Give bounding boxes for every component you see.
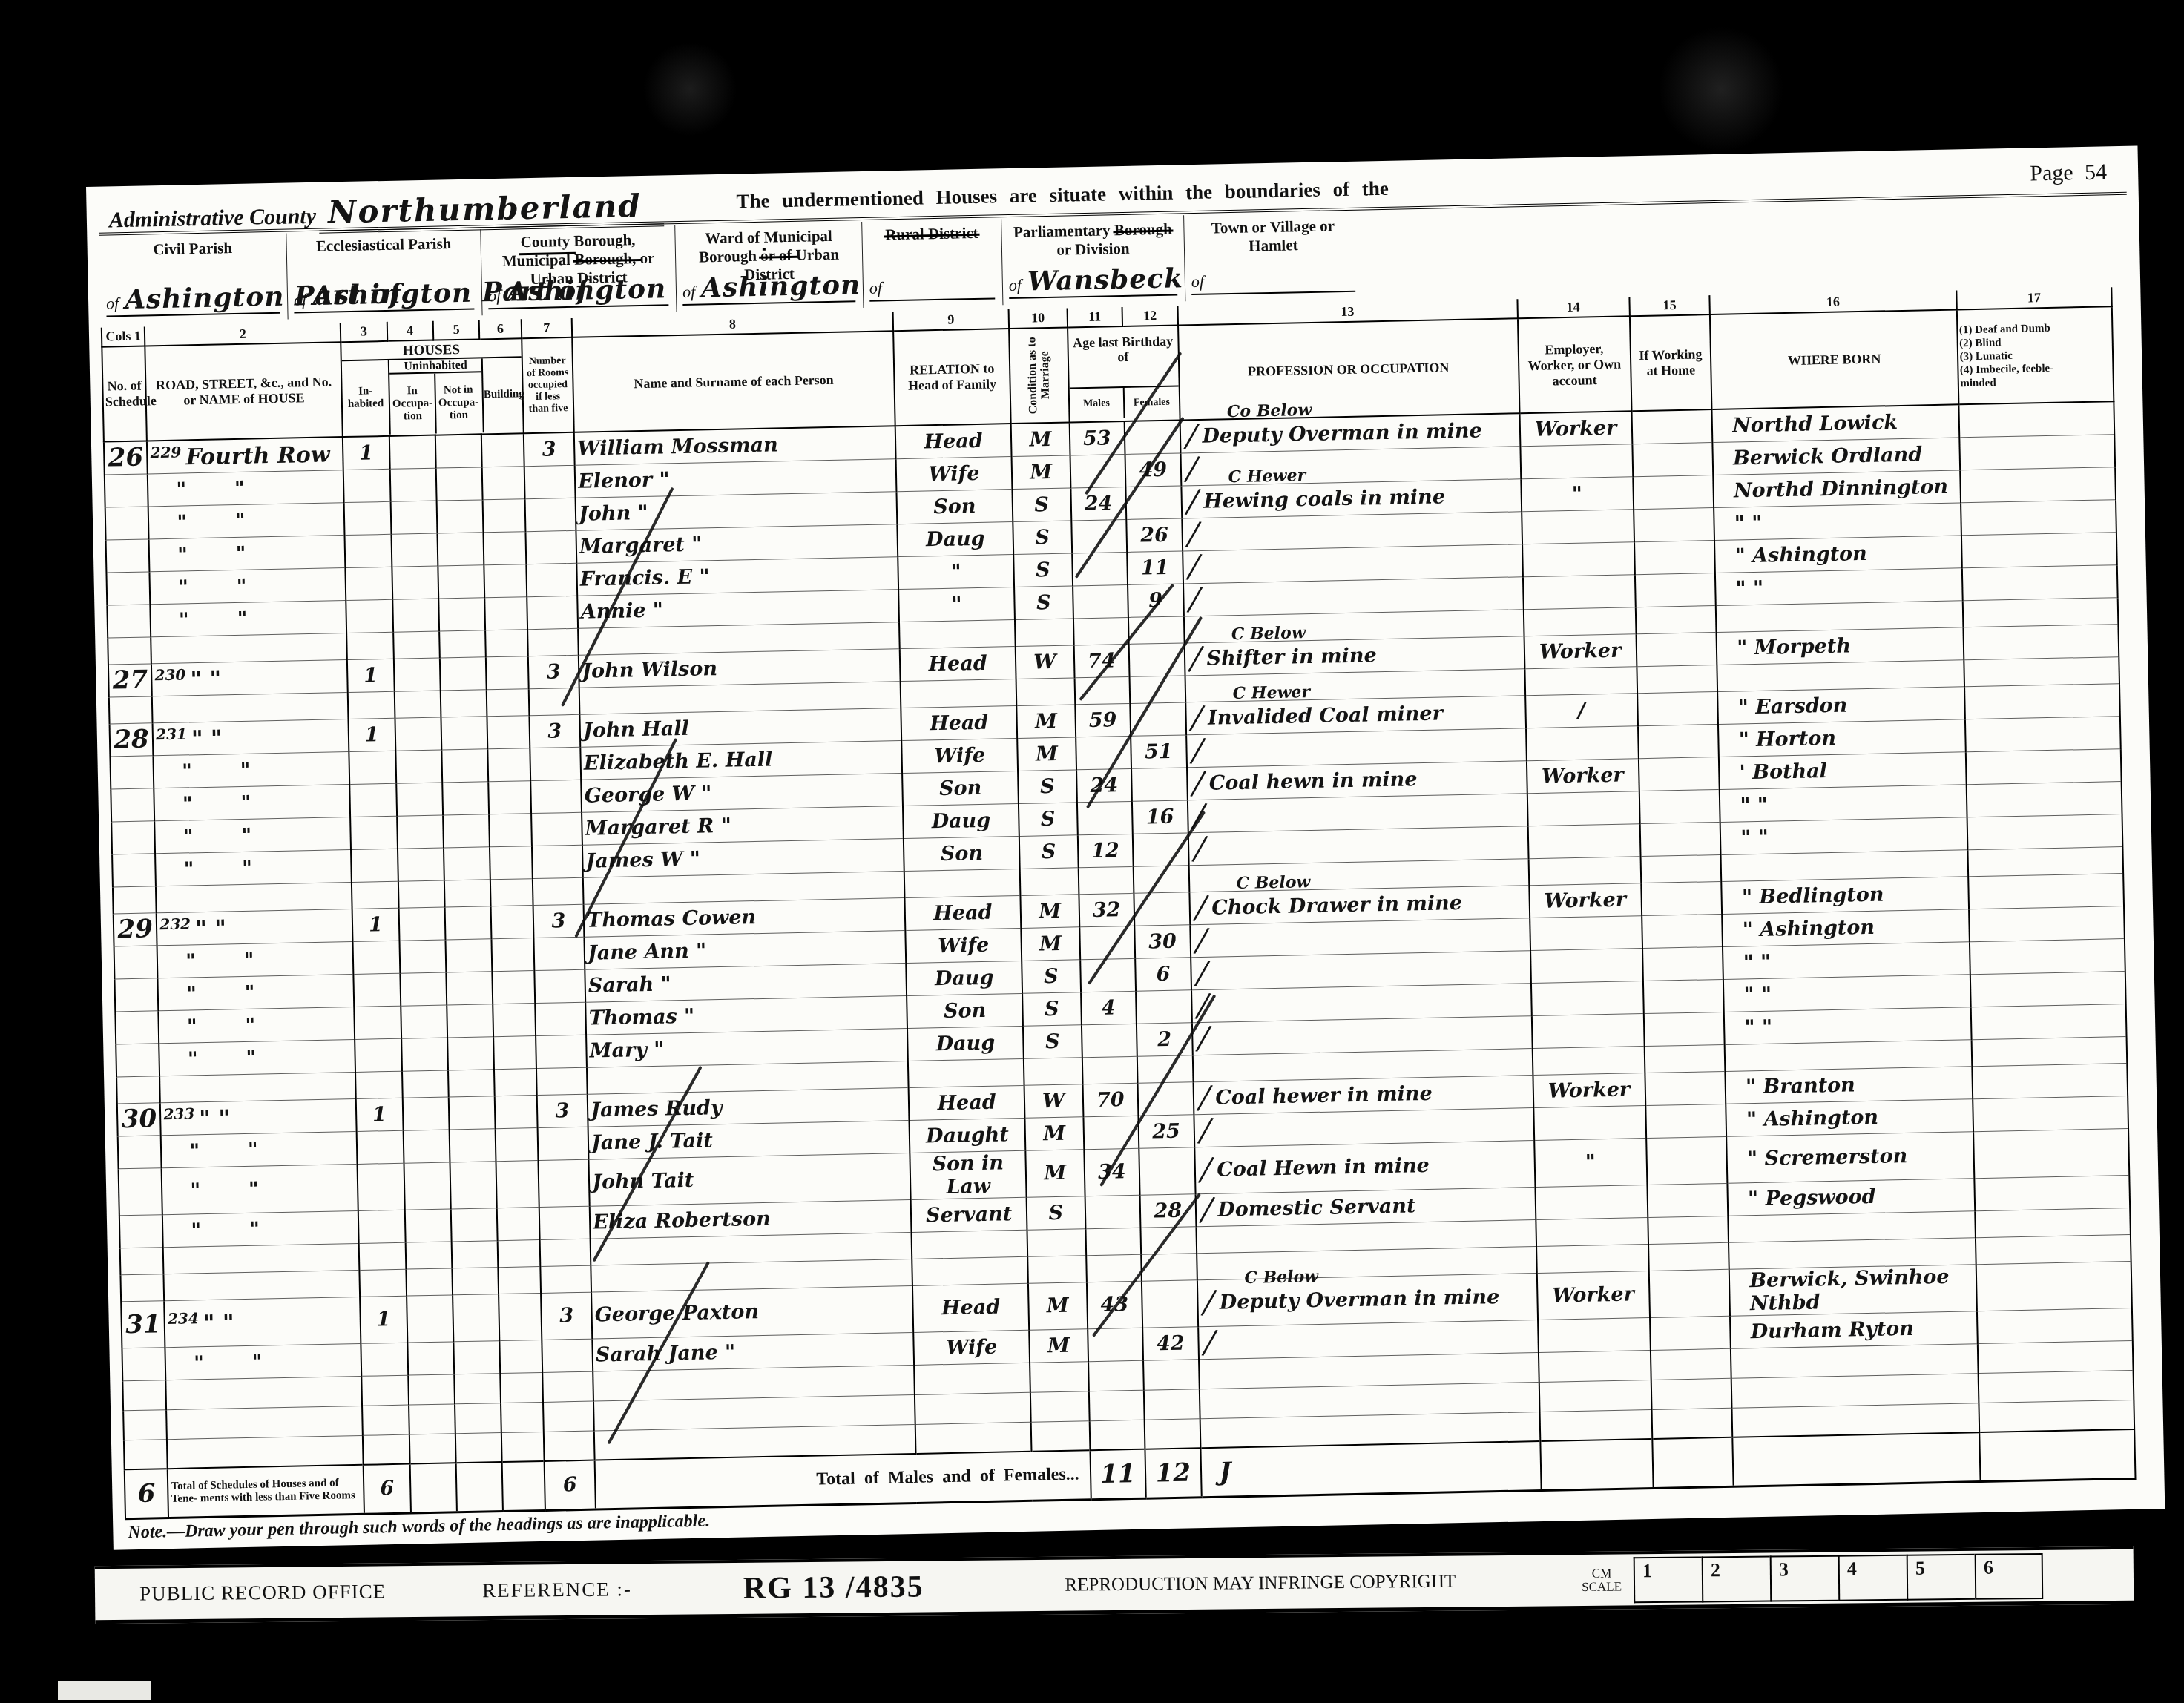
rooms-cell: [530, 780, 582, 813]
building-cell: [490, 846, 532, 879]
working-at-home-cell: [1638, 724, 1720, 758]
relation-cell: Servant: [911, 1197, 1027, 1232]
schedule-total-cell: 6: [125, 1469, 169, 1518]
district-value: ofAshington Part of: [106, 281, 280, 317]
road-cell: " ": [149, 535, 346, 571]
reference-number: RG 13 /4835: [743, 1569, 924, 1606]
inhabited-cell: 1: [352, 908, 399, 941]
empty-cell: [1651, 1408, 1732, 1439]
not-in-occupation-cell: [443, 814, 490, 847]
inhabited-cell: 1: [356, 1098, 403, 1131]
empty-cell: [1539, 1380, 1651, 1412]
schedule-number-cell: [118, 1135, 162, 1168]
inhabited-cell: 1: [347, 659, 394, 692]
empty-cell: [1524, 666, 1637, 695]
building-cell: [489, 813, 531, 846]
empty-cell: [1644, 1044, 1725, 1073]
empty-cell: [123, 1409, 167, 1440]
infirmity-cell: [1964, 716, 2120, 751]
road-ditto: " ": [158, 824, 273, 849]
ruler-segment: 4: [1838, 1554, 1907, 1601]
houses-subheaders: In-habitedUninhabitedIn Occupa-tionNot i…: [342, 358, 523, 435]
relation-cell: Head: [904, 895, 1021, 930]
where-born-cell: " Ashington: [1722, 909, 1969, 946]
empty-cell: [1733, 1432, 1980, 1486]
not-in-occupation-cell: [441, 748, 488, 782]
rooms-cell: [531, 812, 582, 846]
district-label-part: Ecclesiastical Parish: [316, 234, 452, 255]
empty-cell: [409, 1463, 457, 1512]
building-cell: [484, 564, 527, 597]
not-in-occupation-cell: [437, 532, 484, 565]
in-occupation-cell: [390, 501, 437, 534]
working-at-home-cell: [1639, 822, 1721, 856]
district-label-part: Borough,: [574, 249, 640, 269]
empty-cell: [394, 691, 441, 718]
working-at-home-cell: [1638, 757, 1720, 791]
house-number: 230: [154, 665, 185, 684]
empty-cell: [501, 1432, 544, 1462]
column-number-cell: 14: [1517, 297, 1629, 318]
inhabited-cell: [343, 469, 390, 502]
males-females-label-cell: Total of Males and of Females...: [595, 1450, 1091, 1509]
in-occupation-cell: [395, 750, 442, 783]
empty-cell: [1650, 1348, 1731, 1380]
age-females-cell: 28: [1140, 1193, 1196, 1227]
empty-cell: [542, 1371, 593, 1402]
check-slash: /: [1199, 1190, 1214, 1230]
empty-cell: [456, 1462, 504, 1512]
totals-label-cell: Total of Schedules of Houses and of Tene…: [168, 1465, 364, 1518]
relation-cell: Daught: [910, 1118, 1026, 1153]
schedule-number-cell: 30: [117, 1102, 161, 1136]
uninhabited-group-header: UninhabitedIn Occupa-tionNot in Occupa-t…: [388, 358, 484, 435]
column-number-cell: 15: [1629, 295, 1710, 316]
road-name: Fourth Row: [185, 441, 330, 470]
road-ditto: " ": [165, 1218, 280, 1242]
empty-cell: [452, 1267, 499, 1294]
occupation-content: /Coal hewer in mine: [1196, 1080, 1530, 1110]
rooms-cell: [535, 1002, 586, 1035]
employer-header: Employer, Worker, or Own account: [1518, 316, 1632, 413]
building-cell: [489, 780, 531, 814]
road-ditto: " ": [154, 607, 269, 632]
age-males-cell: 70: [1082, 1083, 1138, 1116]
road-ditto: " ": [162, 1014, 277, 1038]
empty-cell: [361, 1375, 408, 1406]
age-header-text: Age last Birthday of: [1068, 329, 1178, 388]
infirmity-cell: [1959, 434, 2115, 470]
road-cell: " ": [150, 567, 346, 604]
in-occupation-cell: [392, 599, 439, 632]
occupation-annotation: C Below: [1236, 872, 1310, 893]
employer-cell: [1531, 981, 1644, 1015]
column-number-cell: 6: [479, 319, 522, 339]
of-word: of: [106, 294, 119, 312]
where-born-cell: " ": [1720, 784, 1967, 822]
empty-cell: [1020, 867, 1079, 895]
occupation-content: C Below/Chock Drawer in mine: [1192, 890, 1527, 920]
employer-cell: [1526, 725, 1639, 760]
rooms-cell: [525, 530, 576, 564]
building-cell: [487, 715, 530, 748]
empty-cell: [1964, 656, 2119, 686]
age-males-cell: [1072, 552, 1128, 585]
occupation-content: /: [1194, 988, 1529, 1018]
schedule-number-cell: [116, 1043, 159, 1076]
district-box: Parliamentary Borough or Division ofWans…: [1001, 215, 1185, 305]
occupation-text: [1212, 929, 1213, 952]
empty-cell: [914, 1363, 1030, 1394]
district-box: Ecclesiastical Parish ofAshington Part o…: [286, 229, 481, 319]
occupation-text: Hewing coals in mine: [1203, 485, 1445, 513]
relation-cell: Wife: [896, 456, 1013, 491]
empty-cell: [1086, 1254, 1142, 1282]
employer-cell: [1530, 948, 1643, 983]
district-handwritten-value: [1209, 263, 1210, 294]
condition-cell: S: [1027, 1196, 1085, 1230]
relation-cell: Son: [907, 993, 1023, 1028]
occupation-cell: /Coal Hewn in mine: [1194, 1140, 1535, 1193]
empty-cell: [363, 1434, 409, 1465]
occupation-content: /: [1193, 923, 1527, 952]
relation-cell: Head: [901, 705, 1017, 740]
relation-cell: Son: [904, 836, 1020, 871]
empty-cell: [912, 1256, 1028, 1285]
road-ditto: " ": [157, 759, 272, 783]
empty-cell: [409, 1433, 455, 1463]
empty-cell: [1128, 616, 1184, 643]
district-label-part: Rural District: [885, 224, 978, 244]
age-males-cell: [1070, 454, 1125, 487]
condition-cell: M: [1029, 1328, 1088, 1363]
empty-cell: [1089, 1420, 1145, 1450]
occupation-content: C Hewer/Invalided Coal miner: [1188, 700, 1523, 730]
rooms-cell: [538, 1159, 590, 1207]
inhabited-header: In-habited: [342, 360, 389, 435]
inhabited-cell: [358, 1163, 405, 1210]
empty-cell: [1978, 1370, 2134, 1403]
check-slash: /: [1198, 1150, 1214, 1190]
employer-cell: Worker: [1524, 633, 1637, 668]
schedule-number-cell: [112, 853, 156, 886]
employer-cell: [1527, 823, 1640, 858]
condition-cell: M: [1016, 704, 1075, 738]
inhabited-cell: [350, 816, 397, 849]
employer-cell: [1522, 509, 1634, 544]
empty-cell: [156, 882, 352, 912]
relation-cell: Head: [912, 1283, 1029, 1332]
not-in-occupation-cell: [451, 1208, 498, 1241]
age-males-cell: [1080, 958, 1136, 992]
occupation-content: /: [1189, 733, 1524, 762]
condition-cell: S: [1012, 487, 1070, 521]
employer-cell: Worker: [1529, 883, 1642, 918]
occupation-text: Deputy Overman in mine: [1220, 1285, 1500, 1314]
district-value: of: [869, 266, 995, 301]
house-number: 233: [163, 1104, 194, 1123]
schedule-number-cell: [106, 538, 150, 572]
age-males-cell: 59: [1075, 703, 1131, 737]
road-name: " ": [190, 666, 221, 693]
not-in-occupation-cell: [447, 1036, 494, 1070]
empty-cell: [1539, 1409, 1652, 1441]
empty-cell: [1134, 865, 1189, 892]
empty-cell: [528, 688, 579, 715]
empty-cell: [1731, 1373, 1979, 1408]
not-in-occupation-cell: [453, 1340, 500, 1374]
scale-label: SCALE: [1582, 1579, 1622, 1594]
empty-cell: [1962, 597, 2118, 627]
condition-cell: M: [1012, 455, 1070, 489]
working-at-home-cell: [1642, 946, 1724, 981]
empty-cell: [116, 1076, 160, 1103]
district-value: ofAshington: [682, 269, 855, 306]
relation-cell: Daug: [906, 961, 1022, 995]
where-born-cell: ' Bothal: [1719, 751, 1966, 789]
empty-cell: [1141, 1226, 1197, 1254]
empty-cell: [1979, 1429, 2136, 1481]
district-box: Town or Village or Hamlet of: [1183, 212, 1363, 302]
occupation-annotation: Co Below: [1227, 401, 1312, 421]
in-occupation-header: In Occupa-tion: [389, 373, 435, 434]
where-born-cell: " Bedlington: [1722, 876, 1969, 914]
working-at-home-cell: [1639, 789, 1720, 823]
condition-cell: M: [1017, 737, 1076, 771]
age-males-cell: 4: [1081, 991, 1137, 1024]
inhabited-cell: 1: [343, 436, 389, 470]
empty-cell: [1967, 846, 2123, 876]
road-cell: " ": [148, 470, 344, 506]
infirmity-cell: [1961, 564, 2117, 600]
inhabited-cell: [345, 567, 392, 600]
empty-cell: [352, 881, 398, 909]
road-ditto: " ": [160, 949, 275, 973]
empty-cell: [536, 1067, 588, 1095]
in-occupation-cell: [401, 1004, 447, 1038]
occupation-annotation: C Below: [1231, 623, 1306, 644]
road-cell: 231" ": [153, 719, 349, 755]
road-ditto: " ": [151, 477, 266, 501]
where-born-cell: " Scremerston: [1726, 1131, 1973, 1183]
road-ditto: " ": [161, 981, 276, 1006]
district-handwritten-value: [888, 269, 889, 300]
not-in-occupation-cell: [450, 1128, 496, 1162]
rooms-cell: 3: [528, 655, 579, 688]
age-males-cell: 43: [1086, 1281, 1142, 1328]
of-word: of: [294, 290, 307, 309]
district-handwritten-value: Wansbeck: [1027, 263, 1184, 297]
road-ditto: " ": [151, 510, 266, 534]
in-occupation-cell: [401, 1037, 448, 1070]
occupation-content: /: [1195, 1021, 1530, 1050]
building-cell: [500, 1340, 542, 1373]
empty-cell: [1536, 1244, 1649, 1273]
empty-cell: [109, 696, 153, 723]
infirmity-cell: [1963, 624, 2119, 659]
employer-cell: Worker: [1536, 1271, 1649, 1320]
condition-cell: M: [1020, 894, 1079, 928]
where-born-cell: " Branton: [1726, 1066, 1973, 1104]
building-cell: [491, 905, 533, 938]
house-number: 232: [159, 915, 191, 933]
empty-cell: [120, 1274, 164, 1301]
occupation-text: Coal Hewn in mine: [1217, 1154, 1430, 1182]
empty-cell: [408, 1374, 455, 1404]
building-cell: [483, 498, 525, 532]
empty-cell: [1088, 1360, 1144, 1391]
empty-cell: [448, 1069, 495, 1096]
age-males-cell: [1079, 926, 1135, 959]
empty-cell: [1640, 854, 1721, 883]
rooms-cell: [536, 1035, 587, 1068]
inhabited-cell: [353, 973, 400, 1007]
age-females-cell: [1125, 485, 1181, 518]
schedule-number-cell: [105, 506, 149, 539]
schedule-number-cell: [114, 945, 158, 978]
age-females-cell: 2: [1137, 1022, 1192, 1055]
age-males-cell: 74: [1073, 644, 1129, 677]
empty-cell: [108, 636, 151, 664]
not-in-occupation-cell: [447, 1004, 493, 1037]
age-males-cell: 53: [1069, 421, 1125, 455]
not-in-occupation-header: Not in Occupa-tion: [434, 372, 481, 433]
age-group-header: Age last Birthday ofMalesFemales: [1068, 326, 1180, 423]
working-at-home-cell: [1642, 979, 1724, 1013]
age-females-cell: 26: [1126, 518, 1182, 551]
house-number: 234: [168, 1309, 199, 1328]
schedule-number-cell: 31: [121, 1300, 165, 1348]
age-males-cell: 32: [1079, 893, 1134, 926]
relation-cell: Head: [895, 424, 1012, 458]
empty-cell: [1027, 1228, 1086, 1256]
condition-cell: W: [1024, 1084, 1083, 1118]
age-females-cell: 49: [1125, 452, 1181, 486]
in-occupation-cell: [398, 848, 444, 881]
column-number-cell: 7: [521, 318, 572, 338]
inhabited-cell: 1: [360, 1296, 407, 1343]
empty-cell: [1539, 1350, 1651, 1382]
in-occupation-cell: [399, 939, 446, 972]
occupation-content: /: [1194, 955, 1528, 985]
age-females-cell: 25: [1138, 1114, 1194, 1147]
empty-cell: [452, 1240, 499, 1268]
condition-cell: S: [1013, 553, 1072, 587]
age-females-cell: [1138, 1081, 1194, 1115]
empty-cell: [362, 1405, 409, 1435]
occupation-content: C Below/Shifter in mine: [1187, 641, 1522, 671]
road-cell: " ": [158, 974, 355, 1010]
road-cell: 233" ": [160, 1098, 357, 1135]
building-cell: [485, 596, 527, 630]
occupation-text: Invalided Coal miner: [1208, 702, 1443, 729]
empty-cell: [915, 1422, 1032, 1454]
column-number-cell: 11: [1067, 307, 1122, 327]
infirmity-cell: [1964, 683, 2120, 719]
of-word: of: [682, 283, 696, 301]
working-at-home-cell: [1633, 475, 1714, 509]
empty-cell: [502, 1461, 545, 1511]
infirmity-cell: [1972, 1063, 2128, 1098]
condition-cell: M: [1025, 1149, 1085, 1197]
inhabited-cell: [345, 534, 392, 567]
where-born-cell: " Horton: [1718, 719, 1965, 757]
empty-cell: [163, 1243, 359, 1274]
age-females-cell: 42: [1142, 1326, 1198, 1360]
occupation-content: /Coal hewn in mine: [1190, 765, 1524, 795]
occupation-content: /: [1185, 516, 1519, 546]
empty-cell: [1082, 1056, 1137, 1084]
record-office-label: PUBLIC RECORD OFFICE: [139, 1580, 386, 1605]
empty-cell: [441, 689, 487, 717]
occupation-text: [1204, 522, 1205, 545]
relation-cell: Wife: [901, 738, 1018, 773]
ruler-segment: 3: [1770, 1555, 1839, 1601]
employer-cell: [1522, 541, 1635, 576]
infirmity-cell: [1970, 1004, 2126, 1039]
in-occupation-cell: [395, 717, 441, 751]
table-body: 26229Fourth Row13William MossmanHeadM53C…: [104, 401, 2136, 1518]
rooms-cell: [524, 465, 575, 498]
empty-cell: [1085, 1228, 1141, 1255]
ruler-segment: 5: [1907, 1553, 1976, 1600]
building-cell: [493, 1003, 536, 1036]
empty-cell: [1971, 1036, 2127, 1066]
empty-cell: [1137, 1055, 1193, 1082]
road-cell: 229Fourth Row: [147, 437, 343, 473]
building-cell: [486, 656, 528, 689]
district-label-part: Borough: [1114, 220, 1172, 240]
schedule-number-cell: [115, 1010, 159, 1044]
ruler-segment: 1: [1634, 1556, 1703, 1603]
empty-cell: [540, 1265, 591, 1293]
empty-cell: [346, 632, 393, 659]
where-born-cell: Berwick Ordland: [1713, 437, 1960, 475]
age-females-cell: 30: [1134, 924, 1190, 958]
of-word: of: [869, 278, 883, 297]
occupation-cell: C Below/Deputy Overman in mine: [1197, 1273, 1537, 1326]
empty-cell: [1732, 1403, 1979, 1437]
empty-cell: [113, 886, 157, 913]
inhabited-cell: [351, 849, 398, 882]
condition-cell: M: [1011, 422, 1070, 456]
uninhabited-title: Uninhabited: [389, 358, 481, 374]
not-in-occupation-cell: [442, 781, 489, 814]
column-number-cell: 3: [341, 322, 387, 342]
age-males-cell: 34: [1084, 1148, 1140, 1196]
occupation-text: Shifter in mine: [1206, 644, 1377, 671]
age-males-cell: 24: [1070, 487, 1126, 520]
empty-cell: [912, 1230, 1028, 1259]
empty-cell: [409, 1403, 455, 1434]
road-name: " ": [191, 725, 223, 752]
infirmity-cell: [1973, 1096, 2128, 1131]
cols-label-cell: Cols 1: [102, 326, 145, 346]
not-in-occupation-cell: [436, 467, 483, 500]
condition-header: Condition as to Marriage: [1009, 327, 1069, 424]
occupation-content: /: [1186, 582, 1521, 611]
working-at-home-cell: [1634, 540, 1716, 574]
condition-cell: W: [1016, 645, 1074, 679]
infirmity-cell: [1973, 1128, 2130, 1178]
occupation-text: [1214, 1027, 1214, 1050]
building-cell: [493, 970, 535, 1004]
infirmity-cell: [1958, 401, 2114, 437]
house-number: 231: [156, 725, 187, 743]
infirmity-cell: [1969, 938, 2125, 974]
relation-cell: Head: [909, 1085, 1025, 1120]
employer-cell: /: [1525, 693, 1638, 728]
